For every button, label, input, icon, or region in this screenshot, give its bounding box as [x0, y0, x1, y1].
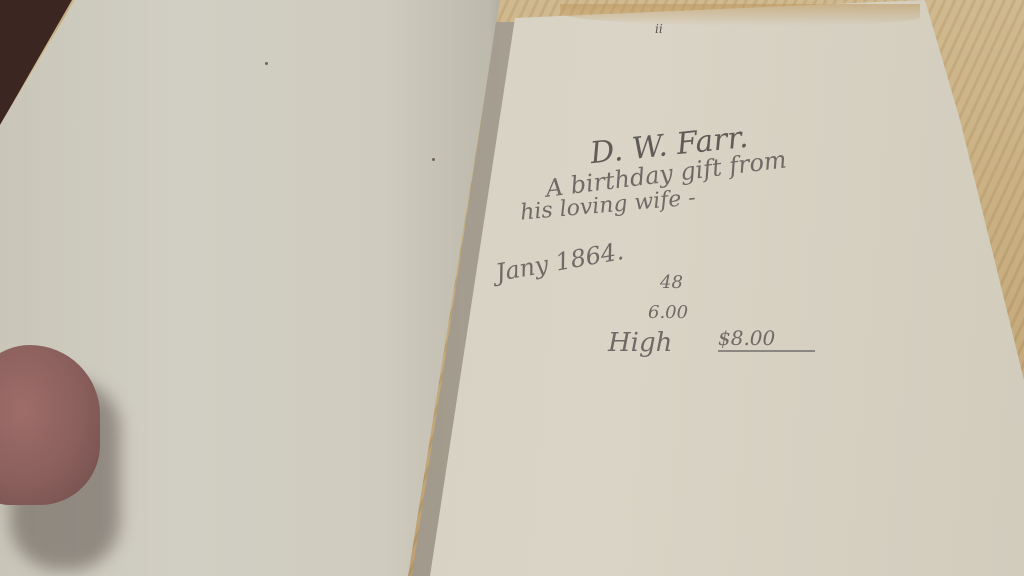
pencil-note-label: High [608, 328, 672, 358]
pencil-note-price: 6.00 [648, 302, 688, 323]
paper-speck [432, 158, 435, 161]
page-mark: ii [655, 22, 663, 36]
paper-speck [265, 62, 268, 65]
photo-scene: ii D. W. Farr. A birthday gift from his … [0, 0, 1024, 576]
pencil-note-value: $8.00 [718, 326, 815, 352]
pencil-note-number: 48 [660, 272, 683, 293]
